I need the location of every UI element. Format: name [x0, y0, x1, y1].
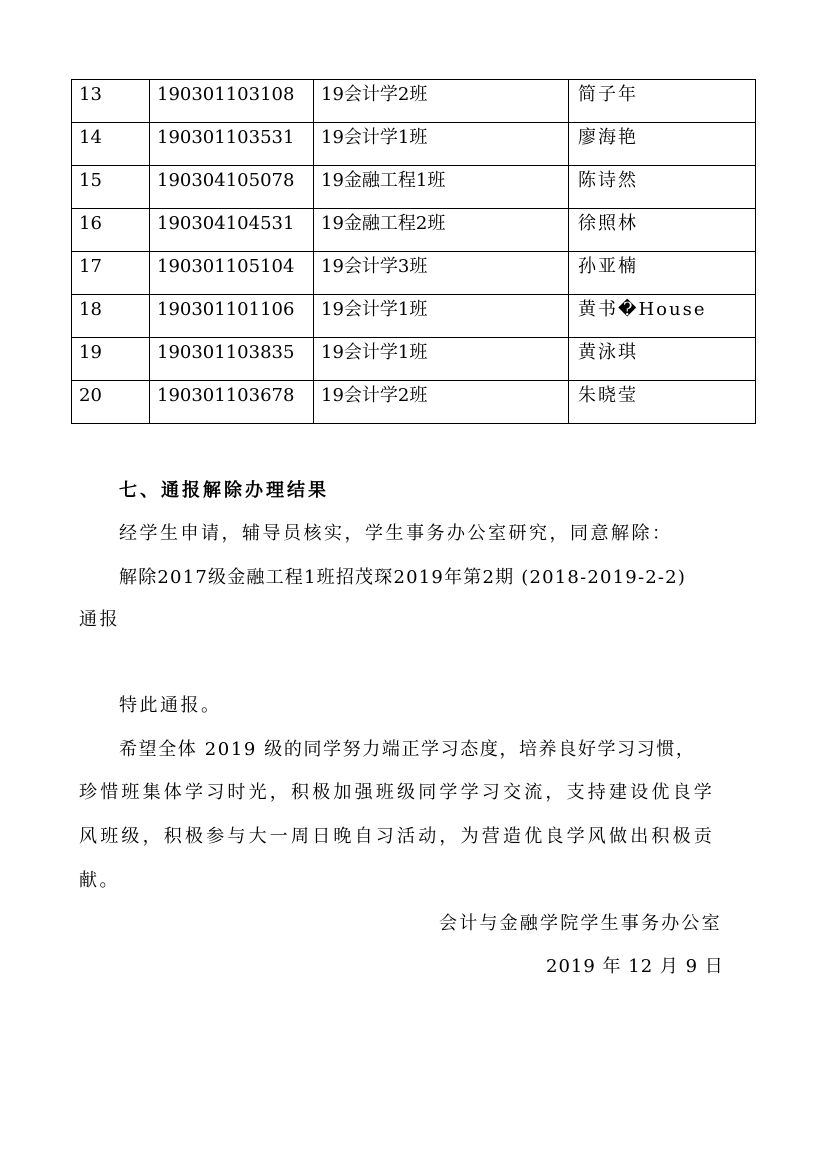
student-id: 190301103835	[150, 338, 314, 381]
revocation-detail-cont: 通报	[79, 609, 120, 631]
class-name: 19会计学2班	[314, 381, 569, 424]
class-name: 19会计学1班	[314, 295, 569, 338]
student-name: 黄书�House	[569, 295, 756, 338]
closing-paragraph-line: 风班级，积极参与大一周日晚自习活动，为营造优良学风做出积极贡	[79, 826, 715, 848]
student-name: 孙亚楠	[569, 252, 756, 295]
row-number: 18	[72, 295, 150, 338]
student-id: 190301105104	[150, 252, 314, 295]
student-id: 190304105078	[150, 166, 314, 209]
table-row: 16 190304104531 19金融工程2班 徐照林	[72, 209, 756, 252]
class-name: 19金融工程2班	[314, 209, 569, 252]
signature-office: 会计与金融学院学生事务办公室	[439, 913, 722, 935]
row-number: 13	[72, 80, 150, 123]
revocation-detail: 解除2017级金融工程1班招茂琛2019年第2期 (2018-2019-2-2)	[119, 567, 686, 589]
signature-date: 2019 年 12 月 9 日	[546, 956, 724, 978]
row-number: 16	[72, 209, 150, 252]
student-id: 190301101106	[150, 295, 314, 338]
student-id: 190301103531	[150, 123, 314, 166]
class-name: 19会计学3班	[314, 252, 569, 295]
section-heading: 七、通报解除办理结果	[119, 480, 329, 502]
closing-notice: 特此通报。	[119, 695, 222, 717]
table-row: 13 190301103108 19会计学2班 简子年	[72, 80, 756, 123]
class-name: 19会计学1班	[314, 123, 569, 166]
row-number: 20	[72, 381, 150, 424]
table-row: 20 190301103678 19会计学2班 朱晓莹	[72, 381, 756, 424]
approval-statement: 经学生申请，辅导员核实，学生事务办公室研究，同意解除：	[119, 523, 673, 545]
table-row: 19 190301103835 19会计学1班 黄泳琪	[72, 338, 756, 381]
table-row: 14 190301103531 19会计学1班 廖海艳	[72, 123, 756, 166]
student-id: 190301103108	[150, 80, 314, 123]
row-number: 19	[72, 338, 150, 381]
student-id: 190304104531	[150, 209, 314, 252]
student-name: 廖海艳	[569, 123, 756, 166]
class-name: 19会计学1班	[314, 338, 569, 381]
row-number: 14	[72, 123, 150, 166]
table-row: 17 190301105104 19会计学3班 孙亚楠	[72, 252, 756, 295]
student-name: 陈诗然	[569, 166, 756, 209]
closing-paragraph-line: 珍惜班集体学习时光，积极加强班级同学学习交流，支持建设优良学	[79, 782, 715, 804]
student-id: 190301103678	[150, 381, 314, 424]
student-name: 简子年	[569, 80, 756, 123]
closing-paragraph-line: 希望全体 2019 级的同学努力端正学习态度，培养良好学习习惯，	[119, 739, 695, 761]
student-name: 黄泳琪	[569, 338, 756, 381]
student-table: 13 190301103108 19会计学2班 简子年 14 190301103…	[71, 79, 756, 424]
student-name: 徐照林	[569, 209, 756, 252]
class-name: 19金融工程1班	[314, 166, 569, 209]
class-name: 19会计学2班	[314, 80, 569, 123]
closing-paragraph-line: 献。	[79, 870, 120, 892]
table-row: 15 190304105078 19金融工程1班 陈诗然	[72, 166, 756, 209]
row-number: 17	[72, 252, 150, 295]
row-number: 15	[72, 166, 150, 209]
student-name: 朱晓莹	[569, 381, 756, 424]
document-page: 13 190301103108 19会计学2班 简子年 14 190301103…	[0, 0, 827, 1169]
table-row: 18 190301101106 19会计学1班 黄书�House	[72, 295, 756, 338]
